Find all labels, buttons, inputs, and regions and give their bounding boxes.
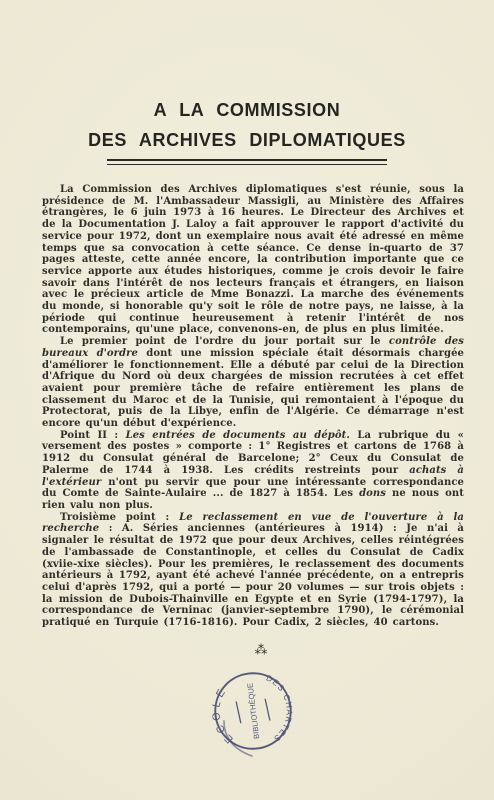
body-text-segment: : A. Séries anciennes (antérieures à 191… xyxy=(42,523,464,628)
title-double-rule xyxy=(107,159,387,165)
article-header: A LA COMMISSION DES ARCHIVES DIPLOMATIQU… xyxy=(0,0,494,165)
emphasized-text: Les entrées de documents au dépôt. xyxy=(126,430,350,441)
asterism-ornament: ⁂ xyxy=(14,644,494,657)
paragraph: Le premier point de l'ordre du jour port… xyxy=(42,336,464,430)
document-page: A LA COMMISSION DES ARCHIVES DIPLOMATIQU… xyxy=(0,0,494,800)
emphasized-text: dons xyxy=(359,488,386,499)
stamp-smudge-arc xyxy=(200,713,270,768)
paragraph: La Commission des Archives diplomatiques… xyxy=(42,184,464,336)
body-text-segment: La Commission des Archives diplomatiques… xyxy=(42,184,464,335)
title-line-1: A LA COMMISSION xyxy=(0,95,494,125)
paragraph: Troisième point : Le reclassement en vue… xyxy=(42,512,464,629)
page-title: A LA COMMISSION DES ARCHIVES DIPLOMATIQU… xyxy=(0,95,494,155)
body-text-segment: dont une mission spéciale était désormai… xyxy=(42,348,464,429)
body-text-segment: Point II : xyxy=(60,430,126,441)
body-text-segment: Le premier point de l'ordre du jour port… xyxy=(60,336,389,347)
title-line-2: DES ARCHIVES DIPLOMATIQUES xyxy=(0,125,494,155)
paragraph: Point II : Les entrées de documents au d… xyxy=(42,430,464,512)
article-body: La Commission des Archives diplomatiques… xyxy=(42,184,464,629)
body-text-segment: Troisième point : xyxy=(60,512,179,523)
